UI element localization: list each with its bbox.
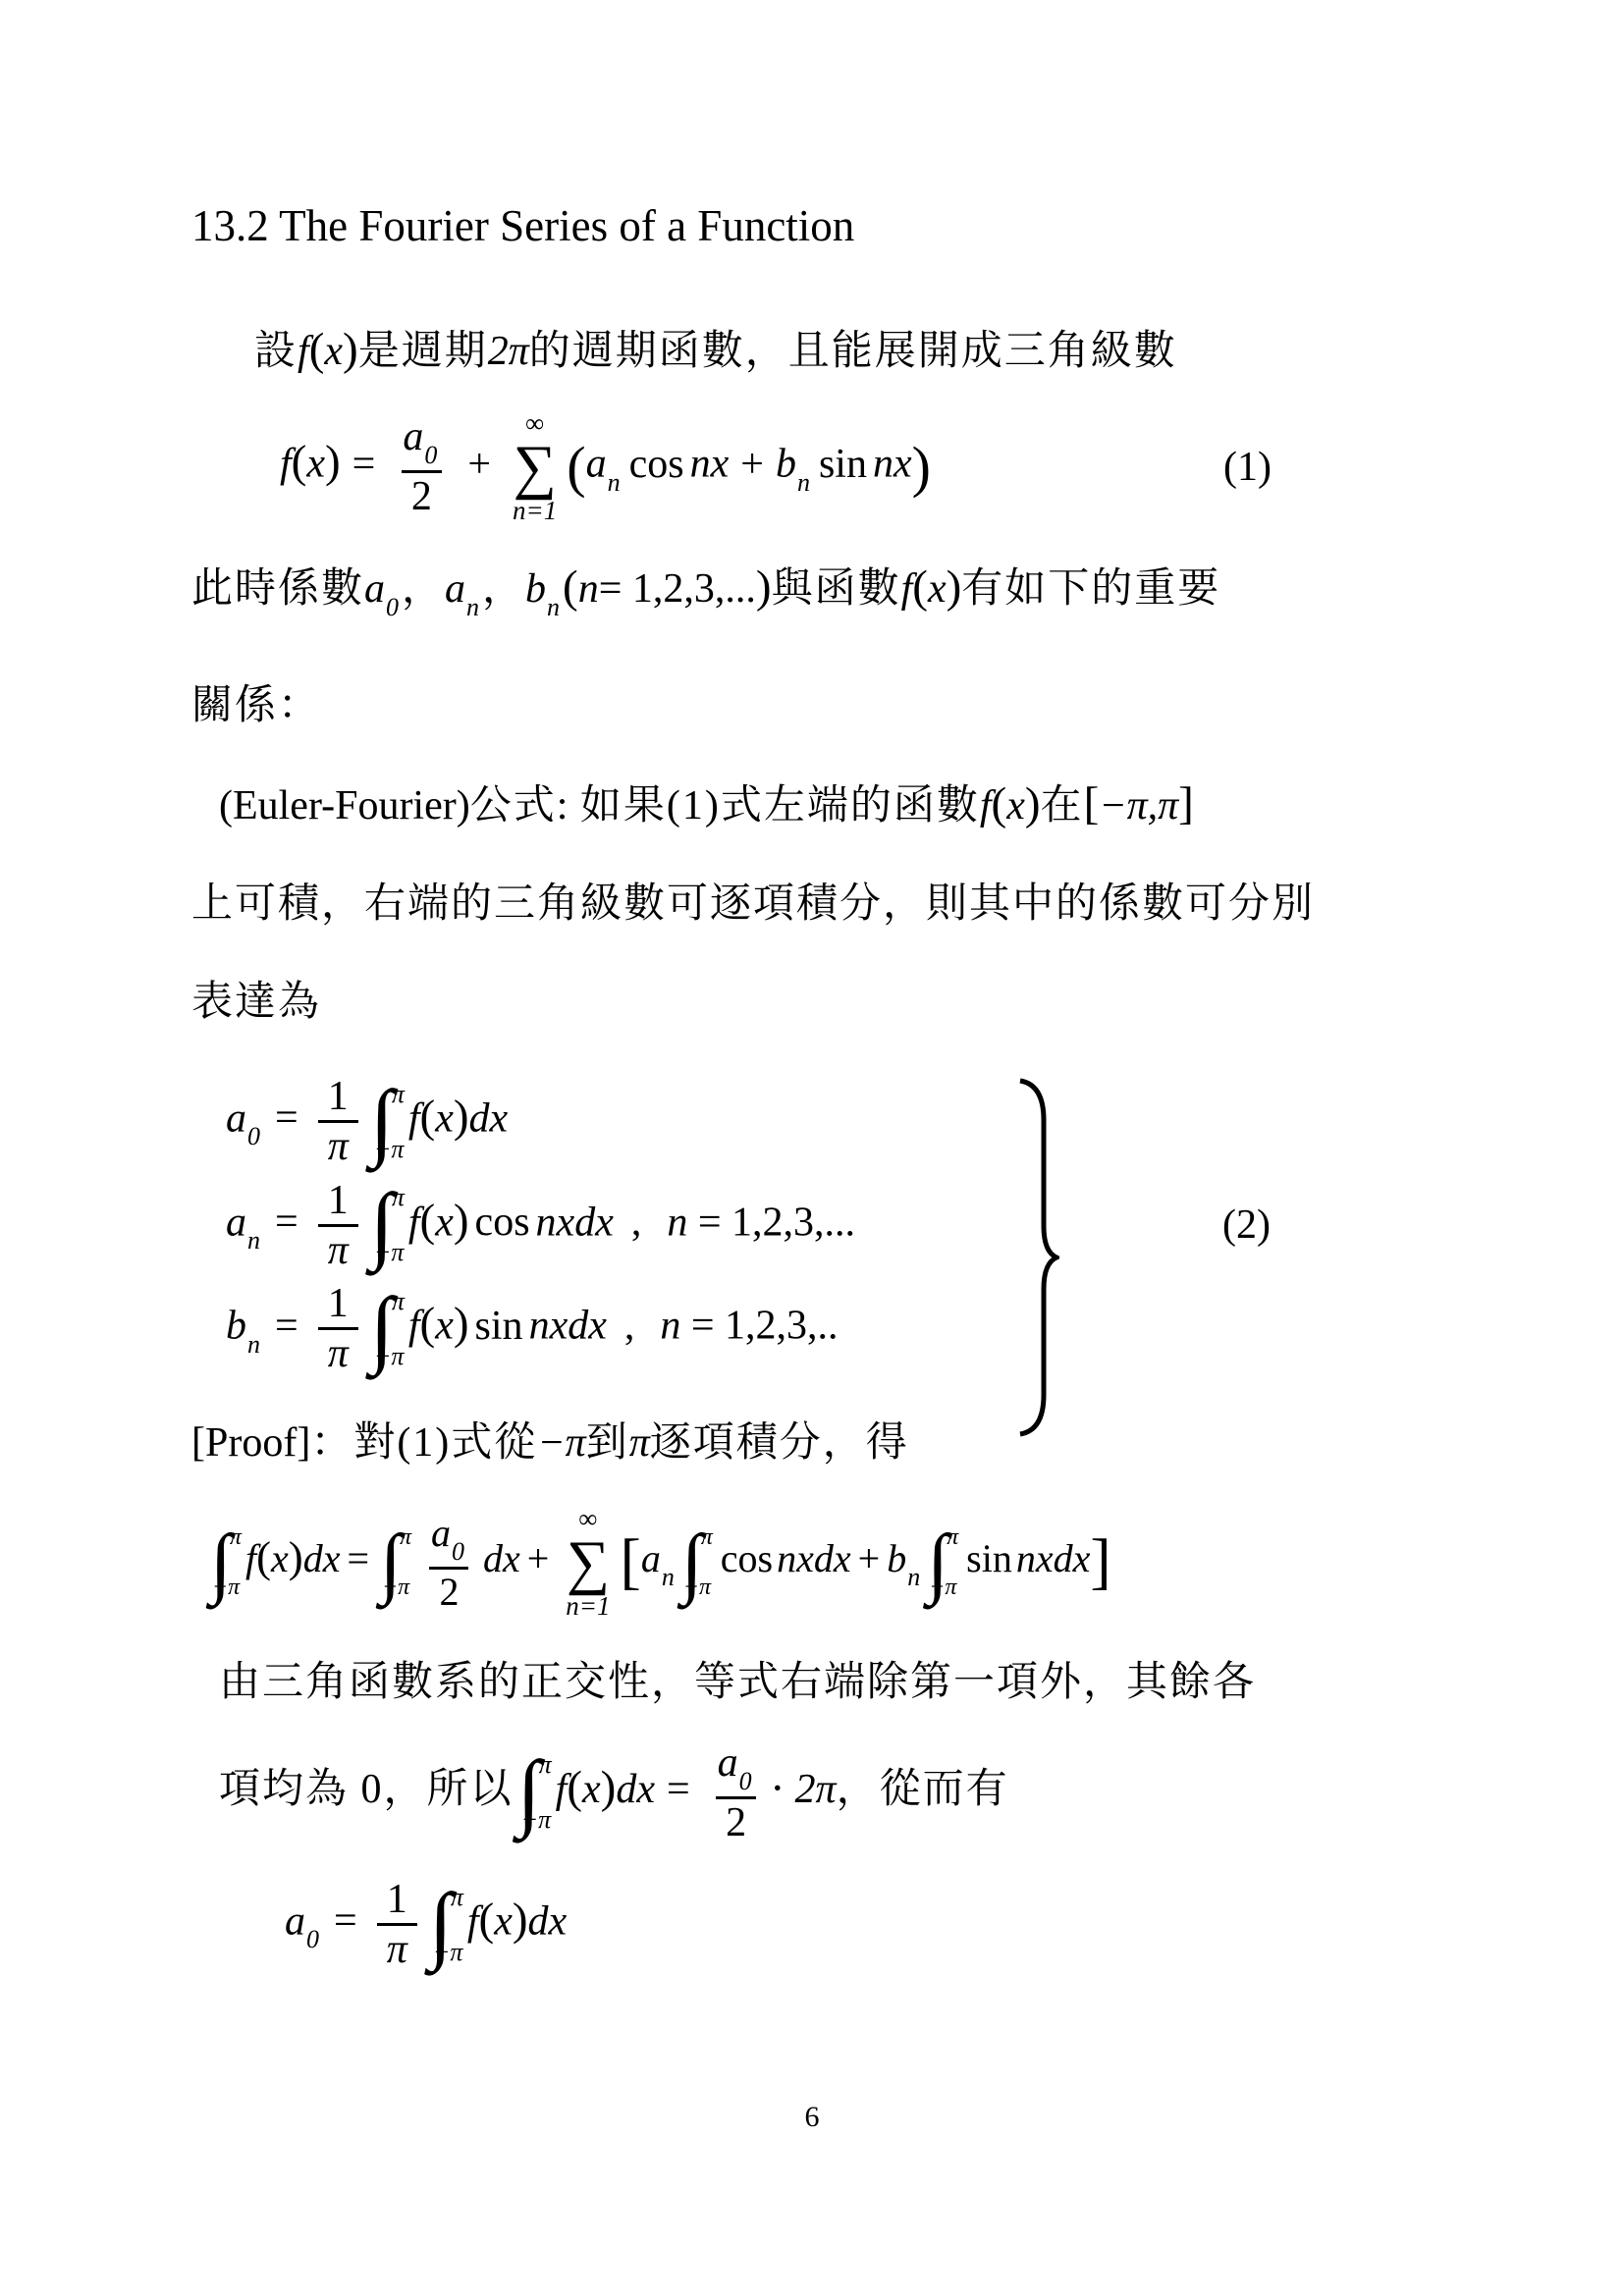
enum-values: = 1,2,3,... xyxy=(698,1200,855,1245)
plus-sign: + xyxy=(527,1536,550,1580)
numerator: a0 xyxy=(423,1511,475,1567)
math-nx: nx xyxy=(690,442,730,487)
math-dx: dx xyxy=(616,1767,655,1812)
subscript-0: 0 xyxy=(424,441,437,469)
denominator: 2 xyxy=(429,1567,468,1615)
subscript-0: 0 xyxy=(306,1925,319,1953)
equals-sign: = xyxy=(347,1536,369,1580)
bracket-open: [ xyxy=(1084,778,1100,829)
paren-open: ( xyxy=(256,1532,271,1581)
fraction-1-over-pi: 1π xyxy=(318,1177,358,1275)
fraction-1-over-pi: 1π xyxy=(318,1280,358,1378)
sum-lower-limit: n=1 xyxy=(566,1593,610,1620)
denominator: 2 xyxy=(716,1796,756,1846)
math-a: a xyxy=(641,1536,661,1580)
math-f: f xyxy=(980,783,992,828)
subscript-n: n xyxy=(608,468,621,497)
integral: ∫π−π xyxy=(370,1181,405,1269)
paragraph-coefficients: 此時係數a0，an，bn(n= 1,2,3,...)與函數f(x)有如下的重要關… xyxy=(191,538,1438,755)
upper-limit: π xyxy=(701,1524,713,1551)
lower-limit: −π xyxy=(374,1238,405,1267)
fraction-a0-over-2: a02 xyxy=(710,1739,763,1846)
integral: ∫π−π xyxy=(927,1522,958,1603)
right-brace xyxy=(1016,1077,1059,1438)
integral-limits: π−π xyxy=(230,1522,242,1603)
paren-close: ) xyxy=(454,1091,469,1142)
sin-function: sin xyxy=(475,1304,523,1349)
math-a: a xyxy=(285,1898,305,1944)
equals-sign: = xyxy=(275,1200,298,1245)
integral-limits: π−π xyxy=(947,1522,958,1603)
section-title: 13.2 The Fourier Series of a Function xyxy=(191,194,1438,257)
numerator: a0 xyxy=(395,413,448,470)
lower-limit: −π xyxy=(382,1575,411,1601)
math-f: f xyxy=(467,1898,479,1944)
big-bracket-close: ] xyxy=(1090,1525,1110,1595)
equals-sign: = xyxy=(352,442,376,487)
math-b: b xyxy=(776,442,796,487)
paren-open: ( xyxy=(420,1195,436,1246)
integral-limits: π−π xyxy=(539,1748,552,1837)
subscript-0: 0 xyxy=(739,1767,752,1795)
math-a: a xyxy=(718,1740,738,1786)
text-run: 項均為 0，所以 xyxy=(219,1767,514,1812)
big-paren-open: ( xyxy=(567,435,585,499)
text-run: 表達為 xyxy=(191,980,321,1025)
lower-limit: −π xyxy=(433,1938,463,1967)
text-run: 關係： xyxy=(191,683,321,728)
math-cdot-2pi: ⋅ 2π xyxy=(771,1767,837,1812)
equation-number-1: (1) xyxy=(1223,444,1272,491)
math-x: x xyxy=(494,1898,513,1944)
subscript-n: n xyxy=(797,468,810,497)
integral-limits: π−π xyxy=(451,1881,463,1969)
math-dx: dx xyxy=(483,1536,520,1580)
text-run: 如果(1)式左端的函數 xyxy=(580,783,980,828)
paren-open: ( xyxy=(479,1894,495,1945)
equation-an: an=1π∫π−πf(x)cosnxdx,n = 1,2,3,... xyxy=(226,1177,1286,1275)
math-dx: dx xyxy=(469,1095,509,1141)
comma: , xyxy=(631,1200,642,1245)
big-paren-close: ) xyxy=(912,435,931,499)
integral: ∫π−π xyxy=(429,1881,463,1969)
lower-limit: −π xyxy=(374,1135,405,1164)
math-2pi: 2π xyxy=(488,329,529,374)
math-x: x xyxy=(435,1200,454,1245)
cos-function: cos xyxy=(475,1200,530,1245)
lower-limit: −π xyxy=(212,1575,242,1601)
math-interval: −π,π xyxy=(1099,783,1178,828)
upper-limit: π xyxy=(539,1750,552,1780)
text-run: 與函數 xyxy=(772,566,901,612)
lower-limit: −π xyxy=(683,1575,713,1601)
comma: ， xyxy=(402,566,445,612)
math-f: f xyxy=(280,442,292,487)
bracket-close: ] xyxy=(1178,778,1194,829)
equation-termwise-integration: ∫π−πf(x)dx=∫π−πa02dx+∞∑n=1[an∫π−πcosnxdx… xyxy=(206,1506,1438,1620)
paren-open: ( xyxy=(292,437,307,488)
subscript-0: 0 xyxy=(386,593,399,621)
comma: , xyxy=(624,1304,635,1349)
upper-limit: π xyxy=(230,1524,242,1551)
text-run: 的週期函數，且能展開成三角級數 xyxy=(529,329,1177,374)
paren-open: ( xyxy=(912,561,928,613)
paren-close: ) xyxy=(454,1299,469,1350)
math-b: b xyxy=(226,1304,246,1349)
euler-fourier-label: (Euler-Fourier) xyxy=(219,783,470,828)
math-f: f xyxy=(556,1767,568,1812)
fraction-a0-over-2: a02 xyxy=(395,413,448,520)
paren-close: ) xyxy=(601,1762,617,1813)
math-x: x xyxy=(928,566,947,612)
paren-open: ( xyxy=(420,1091,436,1142)
paragraph-intro: 設f(x)是週期2π的週期函數，且能展開成三角級數 xyxy=(191,300,1438,400)
math-f: f xyxy=(901,566,913,612)
plus-sign: + xyxy=(467,442,491,487)
paren-close: ) xyxy=(289,1532,303,1581)
math-b: b xyxy=(887,1536,906,1580)
paren-open: ( xyxy=(420,1299,436,1350)
big-bracket-open: [ xyxy=(621,1525,641,1595)
math-x: x xyxy=(435,1304,454,1349)
paren-open: ( xyxy=(567,1762,582,1813)
text-run: 到 xyxy=(586,1420,629,1466)
math-nx: nx xyxy=(873,442,912,487)
upper-limit: π xyxy=(400,1524,411,1551)
sigma-symbol: ∑ xyxy=(567,1532,610,1593)
fraction-a0-over-2: a02 xyxy=(423,1511,475,1615)
summation: ∞∑n=1 xyxy=(566,1506,610,1620)
math-f: f xyxy=(245,1536,256,1580)
numerator: 1 xyxy=(320,1073,356,1120)
denominator: π xyxy=(318,1120,358,1170)
subscript-n: n xyxy=(466,593,479,621)
paren-close: ) xyxy=(325,437,341,488)
math-a: a xyxy=(364,566,385,612)
fraction-1-over-pi: 1π xyxy=(318,1073,358,1171)
page-content: 13.2 The Fourier Series of a Function 設f… xyxy=(191,194,1438,1974)
integral: ∫π−π xyxy=(380,1522,411,1603)
integral: ∫π−π xyxy=(370,1078,405,1166)
integral-limits: π−π xyxy=(392,1285,405,1373)
math-f: f xyxy=(298,329,309,374)
denominator: π xyxy=(318,1224,358,1274)
infinity-symbol: ∞ xyxy=(578,1506,597,1532)
numerator: 1 xyxy=(320,1177,356,1224)
integral-limits: π−π xyxy=(392,1181,405,1269)
math-nxdx: nxdx xyxy=(777,1536,851,1580)
text-run: 此時係數 xyxy=(191,566,364,612)
sigma-symbol: ∑ xyxy=(514,437,557,498)
integral: ∫π−π xyxy=(370,1285,405,1373)
fraction-1-over-pi: 1π xyxy=(377,1876,417,1974)
subscript-n: n xyxy=(247,1330,260,1359)
paren-close: ) xyxy=(513,1894,528,1945)
integral-limits: π−π xyxy=(400,1522,411,1603)
text-run: 由三角函數系的正交性，等式右端除第一項外，其餘各 xyxy=(219,1660,1256,1705)
cos-function: cos xyxy=(721,1536,773,1580)
math-minus-pi: −π xyxy=(537,1420,585,1466)
math-n: n xyxy=(667,1200,687,1245)
text-run: 有如下的重要 xyxy=(961,566,1220,612)
math-x: x xyxy=(435,1095,454,1141)
integral-limits: π−π xyxy=(701,1522,713,1603)
integral: ∫π−π xyxy=(210,1522,242,1603)
paren-close: ) xyxy=(756,561,772,613)
proof-label: [Proof] xyxy=(191,1420,310,1466)
cos-function: cos xyxy=(629,442,684,487)
text-run: 上可積，右端的三角級數可逐項積分，則其中的係數可分別 xyxy=(191,881,1315,927)
infinity-symbol: ∞ xyxy=(525,410,544,437)
text-run: 是週期 xyxy=(358,329,488,374)
equation-number-2: (2) xyxy=(1222,1201,1271,1249)
document-page: 13.2 The Fourier Series of a Function 設f… xyxy=(0,0,1624,2296)
enum-values: = 1,2,3,... xyxy=(599,566,756,612)
paragraph-orthogonality: 由三角函數系的正交性，等式右端除第一項外，其餘各 xyxy=(191,1633,1438,1732)
integral: ∫π−π xyxy=(681,1522,713,1603)
summation: ∞∑n=1 xyxy=(513,410,557,524)
equals-sign: = xyxy=(275,1095,298,1141)
math-a: a xyxy=(431,1511,451,1555)
math-n: n xyxy=(578,566,599,612)
math-f: f xyxy=(408,1095,420,1141)
paren-open: ( xyxy=(992,778,1007,829)
sin-function: sin xyxy=(966,1536,1012,1580)
math-x: x xyxy=(306,442,325,487)
math-x: x xyxy=(582,1767,601,1812)
math-dx: dx xyxy=(303,1536,341,1580)
equals-sign: = xyxy=(275,1304,298,1349)
paren-open: ( xyxy=(309,324,325,375)
text-run: ，從而有 xyxy=(837,1767,1009,1812)
equation-a0: a0=1π∫π−πf(x)dx xyxy=(226,1073,1286,1171)
integral: ∫π−π xyxy=(517,1748,552,1837)
lower-limit: −π xyxy=(374,1342,405,1371)
comma: ， xyxy=(482,566,525,612)
text-run: 設 xyxy=(254,329,298,374)
math-x: x xyxy=(324,329,343,374)
plus-sign: + xyxy=(858,1536,881,1580)
math-pi: π xyxy=(629,1420,650,1466)
paren-close: ) xyxy=(454,1195,469,1246)
math-f: f xyxy=(408,1200,420,1245)
equals-sign: = xyxy=(334,1898,357,1944)
subscript-n: n xyxy=(547,593,560,621)
math-x: x xyxy=(1006,783,1025,828)
integral-limits: π−π xyxy=(392,1078,405,1166)
upper-limit: π xyxy=(392,1080,405,1109)
numerator: 1 xyxy=(320,1280,356,1327)
math-a: a xyxy=(445,566,465,612)
math-x: x xyxy=(271,1536,289,1580)
text-run: 在 xyxy=(1041,783,1084,828)
paren-close: ) xyxy=(343,324,358,375)
subscript-n: n xyxy=(907,1563,920,1591)
denominator: 2 xyxy=(402,470,442,520)
equation-a0-result: a0=1π∫π−πf(x)dx xyxy=(285,1876,1438,1974)
math-dx: dx xyxy=(528,1898,568,1944)
denominator: π xyxy=(377,1923,417,1973)
upper-limit: π xyxy=(392,1183,405,1212)
math-f: f xyxy=(408,1304,420,1349)
math-nxdx: nxdx xyxy=(1016,1536,1091,1580)
lower-limit: −π xyxy=(929,1575,958,1601)
subscript-0: 0 xyxy=(452,1537,464,1566)
equation-1: f(x)=a02+∞∑n=1(ancosnx+bnsinnx) (1) xyxy=(280,410,1272,524)
paragraph-conclusion: 項均為 0，所以∫π−πf(x)dx=a02⋅ 2π，從而有 xyxy=(219,1739,1438,1846)
text-run: 逐項積分，得 xyxy=(650,1420,909,1466)
denominator: π xyxy=(318,1327,358,1377)
equation-bn: bn=1π∫π−πf(x)sinnxdx,n = 1,2,3,.. xyxy=(226,1280,1286,1378)
text-run: 公式: xyxy=(470,783,570,828)
paragraph-euler-fourier: (Euler-Fourier)公式: 如果(1)式左端的函數f(x)在[−π,π… xyxy=(191,755,1438,1051)
math-a: a xyxy=(226,1200,246,1245)
sin-function: sin xyxy=(819,442,867,487)
math-b: b xyxy=(525,566,546,612)
plus-sign: + xyxy=(740,442,764,487)
upper-limit: π xyxy=(392,1287,405,1316)
equals-sign: = xyxy=(667,1767,690,1812)
paren-close: ) xyxy=(947,561,962,613)
subscript-n: n xyxy=(662,1563,675,1591)
math-a: a xyxy=(403,414,423,459)
math-a: a xyxy=(226,1095,246,1141)
paren-close: ) xyxy=(1025,778,1041,829)
subscript-n: n xyxy=(247,1226,260,1255)
numerator: a0 xyxy=(710,1739,763,1796)
math-n: n xyxy=(660,1304,680,1349)
paren-open: ( xyxy=(563,561,578,613)
lower-limit: −π xyxy=(521,1805,552,1835)
math-a: a xyxy=(586,442,607,487)
text-run: ：對(1)式從 xyxy=(310,1420,537,1466)
math-nxdx: nxdx xyxy=(536,1200,614,1245)
upper-limit: π xyxy=(947,1524,958,1551)
numerator: 1 xyxy=(379,1876,415,1923)
equation-2-block: a0=1π∫π−πf(x)dx an=1π∫π−πf(x)cosnxdx,n =… xyxy=(226,1073,1286,1378)
enum-values: = 1,2,3,.. xyxy=(691,1304,839,1349)
page-number: 6 xyxy=(0,2101,1624,2134)
upper-limit: π xyxy=(451,1883,463,1912)
subscript-0: 0 xyxy=(247,1122,260,1150)
math-nxdx: nxdx xyxy=(529,1304,607,1349)
paragraph-proof: [Proof]：對(1)式從−π到π逐項積分，得 xyxy=(191,1394,1438,1492)
sum-lower-limit: n=1 xyxy=(513,498,557,524)
